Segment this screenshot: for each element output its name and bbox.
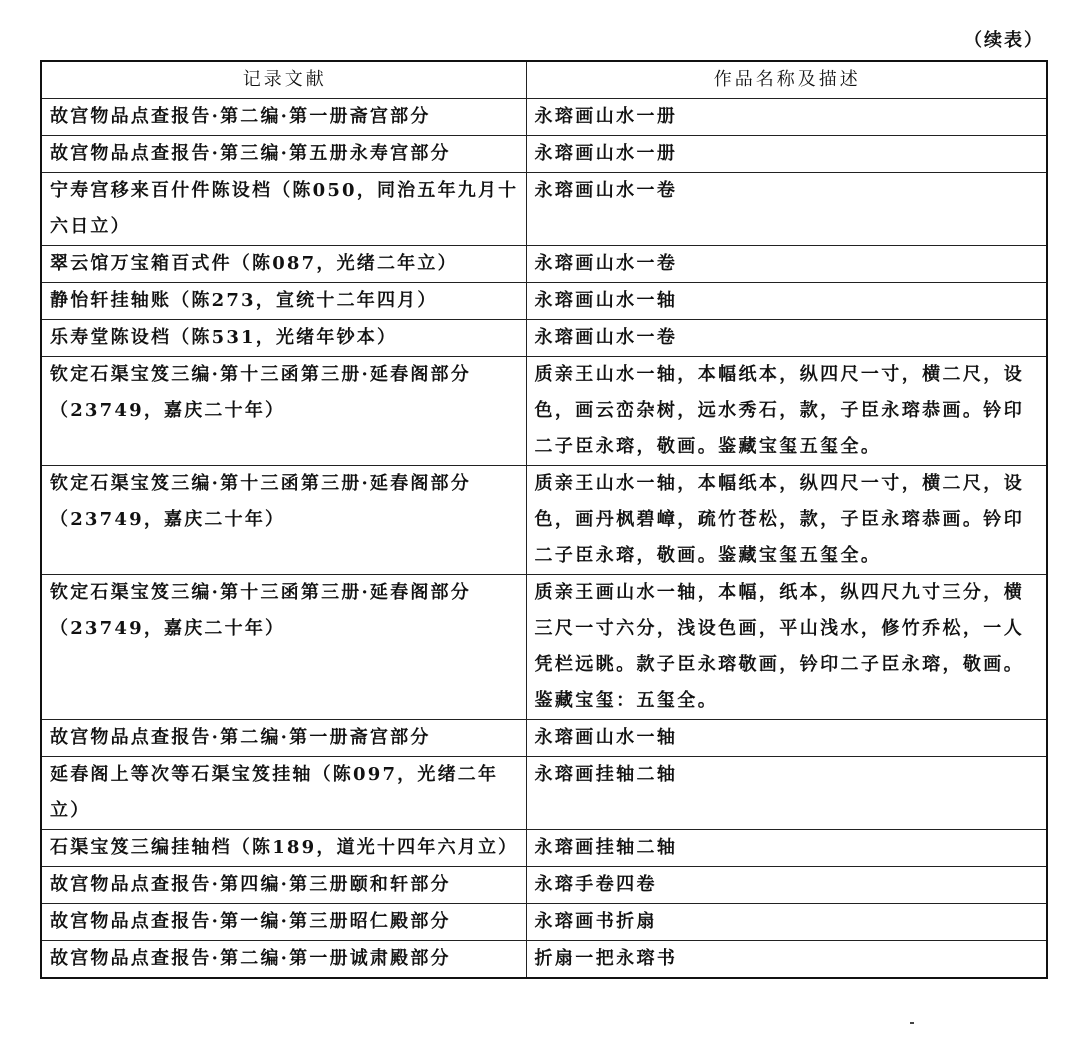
table-header-row: 记录文献 作品名称及描述 <box>41 61 1047 99</box>
table-row: 宁寿宫移来百什件陈设档（陈050，同治五年九月十六日立）永瑢画山水一卷 <box>41 173 1047 246</box>
source-cell: 钦定石渠宝笈三编·第十三函第三册·延春阁部分（23749，嘉庆二十年） <box>41 575 526 720</box>
source-cell: 故宫物品点查报告·第二编·第一册斋宫部分 <box>41 720 526 757</box>
description-cell: 永瑢画挂轴二轴 <box>526 757 1047 830</box>
description-cell: 永瑢画山水一轴 <box>526 720 1047 757</box>
source-cell: 翠云馆万宝箱百式件（陈087，光绪二年立） <box>41 246 526 283</box>
records-table: 记录文献 作品名称及描述 故宫物品点查报告·第二编·第一册斋宫部分永瑢画山水一册… <box>40 60 1048 979</box>
table-row: 延春阁上等次等石渠宝笈挂轴（陈097，光绪二年立）永瑢画挂轴二轴 <box>41 757 1047 830</box>
source-cell: 钦定石渠宝笈三编·第十三函第三册·延春阁部分（23749，嘉庆二十年） <box>41 466 526 575</box>
description-cell: 质亲王山水一轴，本幅纸本，纵四尺一寸，横二尺，设色，画丹枫碧嶂，疏竹苍松，款，子… <box>526 466 1047 575</box>
table-row: 静怡轩挂轴账（陈273，宣统十二年四月）永瑢画山水一轴 <box>41 283 1047 320</box>
description-cell: 折扇一把永瑢书 <box>526 941 1047 979</box>
table-row: 故宫物品点查报告·第四编·第三册颐和轩部分永瑢手卷四卷 <box>41 867 1047 904</box>
description-cell: 永瑢画书折扇 <box>526 904 1047 941</box>
table-row: 钦定石渠宝笈三编·第十三函第三册·延春阁部分（23749，嘉庆二十年）质亲王画山… <box>41 575 1047 720</box>
description-cell: 永瑢手卷四卷 <box>526 867 1047 904</box>
table-row: 石渠宝笈三编挂轴档（陈189，道光十四年六月立）永瑢画挂轴二轴 <box>41 830 1047 867</box>
continued-table-label: （续表） <box>964 26 1044 52</box>
description-cell: 质亲王画山水一轴，本幅，纸本，纵四尺九寸三分，横三尺一寸六分，浅设色画，平山浅水… <box>526 575 1047 720</box>
table-row: 故宫物品点查报告·第二编·第一册斋宫部分永瑢画山水一册 <box>41 99 1047 136</box>
header-description: 作品名称及描述 <box>526 61 1047 99</box>
source-cell: 静怡轩挂轴账（陈273，宣统十二年四月） <box>41 283 526 320</box>
table-row: 钦定石渠宝笈三编·第十三函第三册·延春阁部分（23749，嘉庆二十年）质亲王山水… <box>41 466 1047 575</box>
description-cell: 永瑢画挂轴二轴 <box>526 830 1047 867</box>
table-row: 故宫物品点查报告·第三编·第五册永寿宫部分永瑢画山水一册 <box>41 136 1047 173</box>
table-row: 故宫物品点查报告·第二编·第一册斋宫部分永瑢画山水一轴 <box>41 720 1047 757</box>
description-cell: 永瑢画山水一轴 <box>526 283 1047 320</box>
description-cell: 永瑢画山水一卷 <box>526 246 1047 283</box>
description-cell: 永瑢画山水一册 <box>526 99 1047 136</box>
source-cell: 故宫物品点查报告·第二编·第一册诚肃殿部分 <box>41 941 526 979</box>
description-cell: 永瑢画山水一册 <box>526 136 1047 173</box>
table-row: 乐寿堂陈设档（陈531，光绪年钞本）永瑢画山水一卷 <box>41 320 1047 357</box>
source-cell: 故宫物品点查报告·第三编·第五册永寿宫部分 <box>41 136 526 173</box>
table-row: 故宫物品点查报告·第一编·第三册昭仁殿部分永瑢画书折扇 <box>41 904 1047 941</box>
table-row: 钦定石渠宝笈三编·第十三函第三册·延春阁部分（23749，嘉庆二十年）质亲王山水… <box>41 357 1047 466</box>
source-cell: 宁寿宫移来百什件陈设档（陈050，同治五年九月十六日立） <box>41 173 526 246</box>
description-cell: 永瑢画山水一卷 <box>526 173 1047 246</box>
description-cell: 质亲王山水一轴，本幅纸本，纵四尺一寸，横二尺，设色，画云峦杂树，远水秀石，款，子… <box>526 357 1047 466</box>
table-row: 翠云馆万宝箱百式件（陈087，光绪二年立）永瑢画山水一卷 <box>41 246 1047 283</box>
description-cell: 永瑢画山水一卷 <box>526 320 1047 357</box>
source-cell: 故宫物品点查报告·第一编·第三册昭仁殿部分 <box>41 904 526 941</box>
source-cell: 故宫物品点查报告·第四编·第三册颐和轩部分 <box>41 867 526 904</box>
scan-speck <box>910 1022 914 1024</box>
source-cell: 故宫物品点查报告·第二编·第一册斋宫部分 <box>41 99 526 136</box>
source-cell: 石渠宝笈三编挂轴档（陈189，道光十四年六月立） <box>41 830 526 867</box>
source-cell: 延春阁上等次等石渠宝笈挂轴（陈097，光绪二年立） <box>41 757 526 830</box>
table-row: 故宫物品点查报告·第二编·第一册诚肃殿部分折扇一把永瑢书 <box>41 941 1047 979</box>
source-cell: 乐寿堂陈设档（陈531，光绪年钞本） <box>41 320 526 357</box>
header-source: 记录文献 <box>41 61 526 99</box>
source-cell: 钦定石渠宝笈三编·第十三函第三册·延春阁部分（23749，嘉庆二十年） <box>41 357 526 466</box>
